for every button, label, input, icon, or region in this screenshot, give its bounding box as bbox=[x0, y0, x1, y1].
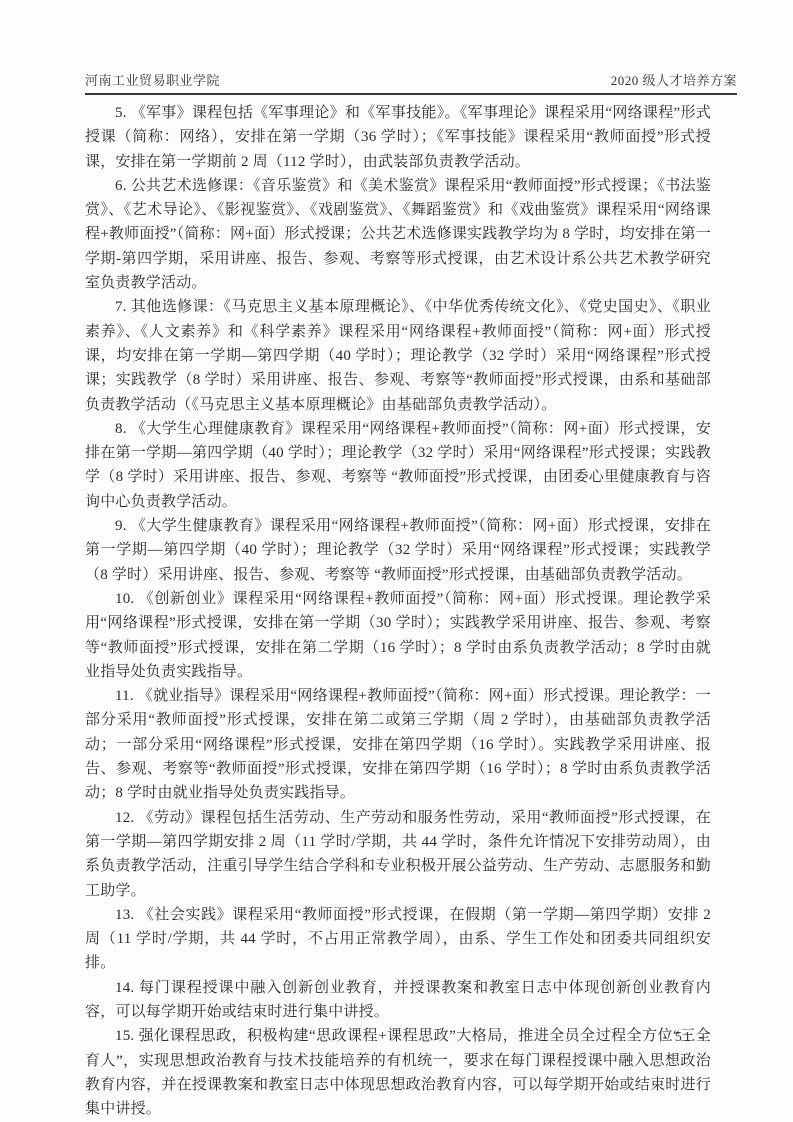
paragraph: 9. 《大学生健康教育》课程采用“网络课程+教师面授”（简称：网+面）形式授课，… bbox=[85, 514, 711, 587]
page-header: 河南工业贸易职业学院 2020 级人才培养方案 bbox=[85, 70, 737, 95]
paragraph: 10. 《创新创业》课程采用“网络课程+教师面授”（简称：网+面）形式授课。理论… bbox=[85, 587, 711, 684]
paragraph: 15. 强化课程思政，积极构建“思政课程+课程思政”大格局，推进全员全过程全方位… bbox=[85, 1024, 711, 1121]
page-footer: - 51 - bbox=[663, 1030, 705, 1046]
page-number: - 51 - bbox=[663, 1030, 705, 1045]
paragraph: 6. 公共艺术选修课：《音乐鉴赏》和《美术鉴赏》课程采用“教师面授”形式授课；《… bbox=[85, 174, 711, 295]
paragraph: 5. 《军事》课程包括《军事理论》和《军事技能》。《军事理论》课程采用“网络课程… bbox=[85, 101, 711, 174]
header-school-name: 河南工业贸易职业学院 bbox=[85, 70, 220, 89]
document-body: 5. 《军事》课程包括《军事理论》和《军事技能》。《军事理论》课程采用“网络课程… bbox=[85, 101, 711, 1121]
paragraph: 8. 《大学生心理健康教育》课程采用“网络课程+教师面授”（简称：网+面）形式授… bbox=[85, 417, 711, 514]
document-page: 河南工业贸易职业学院 2020 级人才培养方案 5. 《军事》课程包括《军事理论… bbox=[0, 0, 793, 1122]
header-document-title: 2020 级人才培养方案 bbox=[611, 70, 737, 89]
paragraph: 14. 每门课程授课中融入创新创业教育，并授课教案和教室日志中体现创新创业教育内… bbox=[85, 976, 711, 1025]
paragraph: 7. 其他选修课：《马克思主义基本原理概论》、《中华优秀传统文化》、《党史国史》… bbox=[85, 295, 711, 416]
paragraph: 12. 《劳动》课程包括生活劳动、生产劳动和服务性劳动，采用“教师面授”形式授课… bbox=[85, 806, 711, 903]
paragraph: 11. 《就业指导》课程采用“网络课程+教师面授”（简称：网+面）形式授课。理论… bbox=[85, 684, 711, 805]
paragraph: 13. 《社会实践》课程采用“教师面授”形式授课，在假期（第一学期—第四学期）安… bbox=[85, 903, 711, 976]
